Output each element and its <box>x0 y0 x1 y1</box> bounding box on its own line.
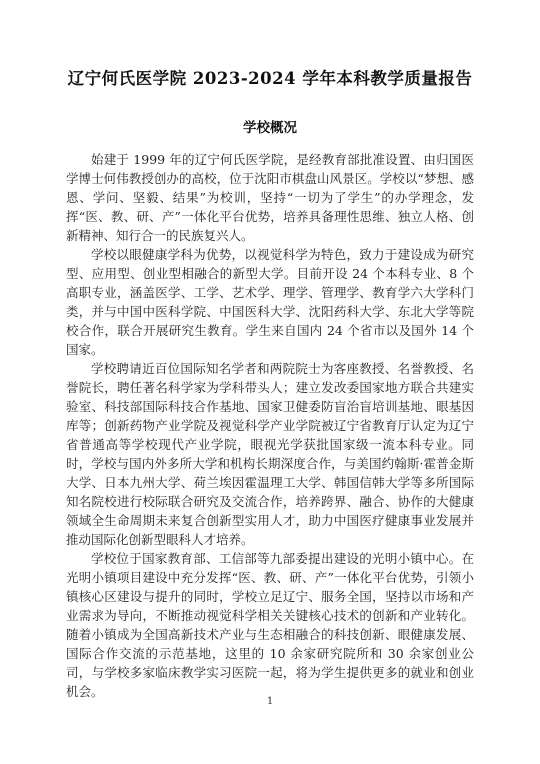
document-page: 辽宁何氏医学院 2023-2024 学年本科教学质量报告 学校概况 始建于 19… <box>0 0 540 764</box>
document-title: 辽宁何氏医学院 2023-2024 学年本科教学质量报告 <box>66 68 474 90</box>
body-paragraph-2: 学校以眼健康学科为优势，以视觉科学为特色，致力于建设成为研究型、应用型、创业型相… <box>66 245 474 359</box>
document-body: 始建于 1999 年的辽宁何氏医学院，是经教育部批准设置、由归国医学博士何伟教授… <box>66 150 474 701</box>
body-paragraph-3: 学校聘请近百位国际知名学者和两院院士为客座教授、名誉教授、名誉院长，聘任著名科学… <box>66 359 474 549</box>
body-paragraph-1: 始建于 1999 年的辽宁何氏医学院，是经教育部批准设置、由归国医学博士何伟教授… <box>66 150 474 245</box>
body-paragraph-4: 学校位于国家教育部、工信部等九部委提出建设的光明小镇中心。在光明小镇项目建设中充… <box>66 549 474 701</box>
page-number: 1 <box>0 696 540 707</box>
section-heading: 学校概况 <box>66 119 474 137</box>
